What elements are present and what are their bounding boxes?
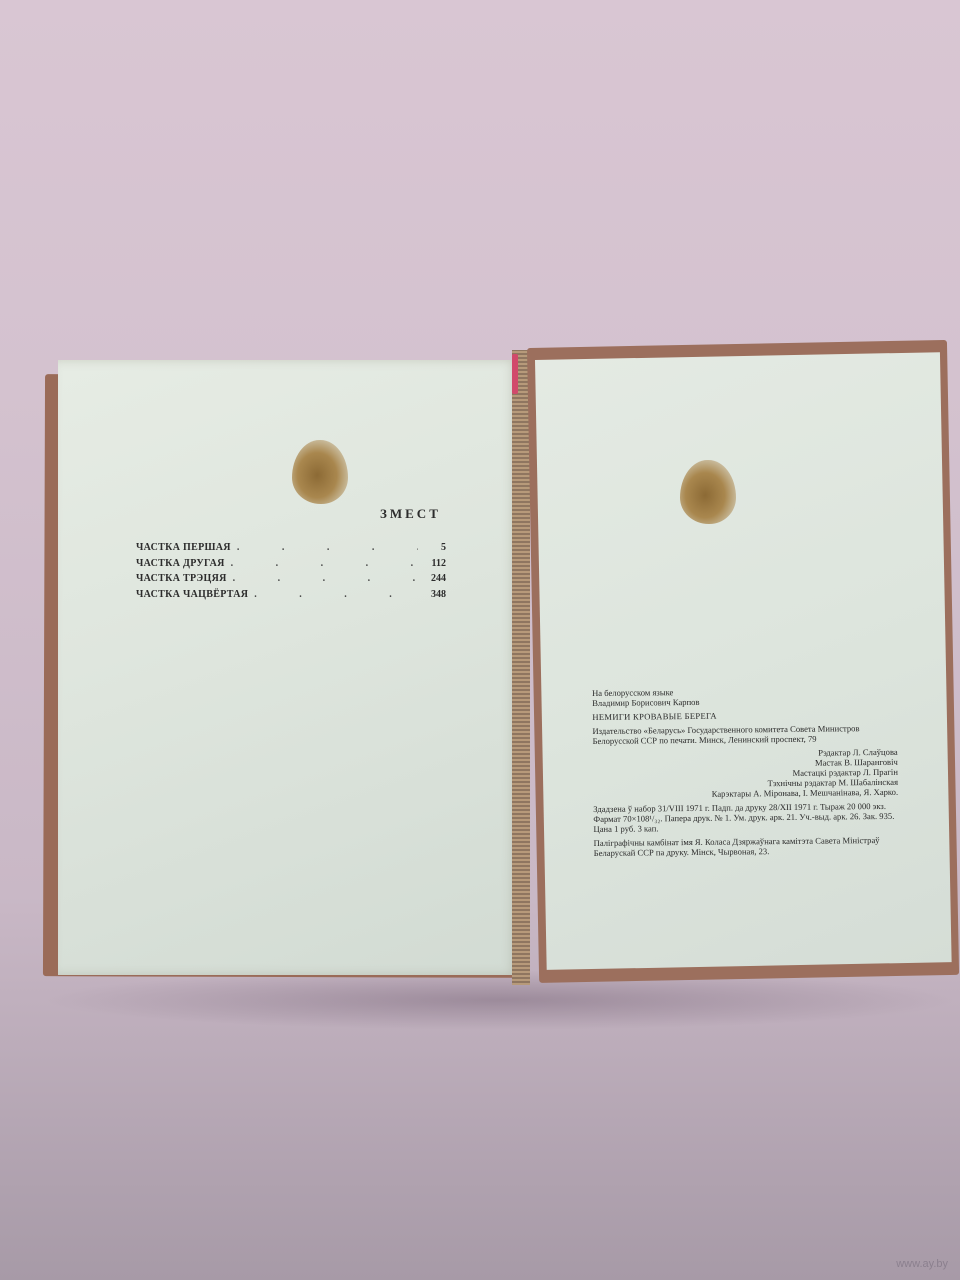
- book-shadow: [40, 970, 960, 1030]
- watermark: www.ay.by: [896, 1258, 948, 1270]
- toc-page: 244: [424, 573, 446, 584]
- imprint-print-details: Здадзена ў набор 31/VIII 1971 г. Падп. д…: [593, 801, 898, 834]
- toc-page: 112: [424, 558, 446, 569]
- toc-label: ЧАСТКА ПЕРШАЯ: [136, 542, 231, 553]
- toc-label: ЧАСТКА ДРУГАЯ: [136, 558, 225, 569]
- left-page: [58, 360, 518, 975]
- toc-label: ЧАСТКА ТРЭЦЯЯ: [136, 573, 227, 584]
- toc-label: ЧАСТКА ЧАЦВЁРТАЯ: [136, 589, 248, 600]
- toc-row: ЧАСТКА ЧАЦВЁРТАЯ . . . . . . . 348: [136, 589, 446, 605]
- toc-row: ЧАСТКА ТРЭЦЯЯ . . . . . . . . 244: [136, 573, 446, 589]
- bookmark-ribbon: [512, 354, 518, 394]
- imprint-author: Владимир Борисович Карпов: [592, 695, 897, 708]
- toc-dots: . . . . . . .: [254, 589, 418, 600]
- toc-row: ЧАСТКА ПЕРШАЯ . . . . . . . . 5: [136, 542, 446, 558]
- table-of-contents: ЧАСТКА ПЕРШАЯ . . . . . . . . 5 ЧАСТКА Д…: [136, 542, 446, 604]
- toc-heading: ЗМЕСТ: [380, 506, 441, 522]
- stain-left: [292, 440, 348, 504]
- imprint-title: НЕМИГИ КРОВАВЫЕ БЕРЕГА: [592, 709, 897, 722]
- imprint-proofreaders: Карэктары А. Міронава, І. Мешчанінава, Я…: [593, 787, 898, 800]
- imprint-printer: Паліграфічны камбінат імя Я. Коласа Дзяр…: [594, 835, 899, 858]
- toc-page: 5: [424, 542, 446, 553]
- imprint-publisher: Издательство «Беларусь» Государственного…: [592, 723, 897, 746]
- toc-dots: . . . . . . . .: [231, 558, 418, 569]
- stain-right: [680, 460, 736, 524]
- toc-row: ЧАСТКА ДРУГАЯ . . . . . . . . 112: [136, 558, 446, 574]
- right-page: [535, 352, 952, 970]
- toc-dots: . . . . . . . .: [233, 573, 418, 584]
- imprint-block: На белорусском языке Владимир Борисович …: [592, 685, 899, 858]
- toc-page: 348: [424, 589, 446, 600]
- book-spine: [512, 350, 530, 985]
- toc-dots: . . . . . . . .: [237, 542, 418, 553]
